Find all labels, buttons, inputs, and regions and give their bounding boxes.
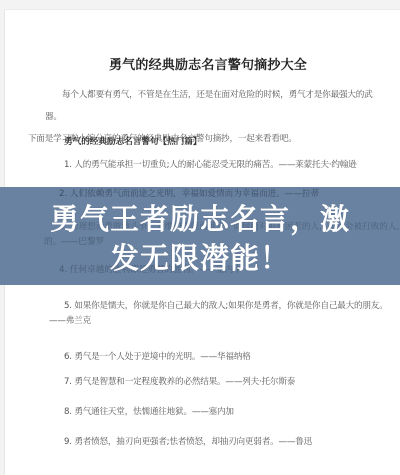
quote-item-2: 2. 人们依赖勇气而前途之光明，幸福如爱情而为幸福而进。——拉蒂	[59, 187, 319, 199]
quote-item-6: 6. 勇气是一个人处于逆境中的光明。——华福纳格	[64, 350, 251, 362]
quote-item-1: 1. 人的勇气能承担一切重负;人的耐心能忍受无限的痛苦。——莱蒙托夫·约翰逊	[64, 158, 357, 170]
headline-text: 勇气王者励志名言，激 发无限潜能！	[0, 200, 400, 278]
quote-item-9: 9. 勇者愤怒，抽刃向更强者;怯者愤怒，却抽刃向更弱者。——鲁迅	[64, 435, 312, 447]
headline-line-1: 勇气王者励志名言，激	[0, 200, 400, 239]
document-title: 勇气的经典励志名言警句摘抄大全	[5, 54, 400, 73]
quote-item-8: 8. 勇气通往天堂，怯懦通往地狱。——塞内加	[64, 405, 234, 417]
headline-banner: 2. 人们依赖勇气而前途之光明，幸福如爱情而为幸福而进。——拉蒂 3. 为理想而…	[0, 187, 400, 285]
quote-item-5-continued: ——弗兰克	[49, 314, 91, 326]
headline-line-2: 发无限潜能！	[0, 239, 400, 278]
quote-item-7: 7. 勇气是智慧和一定程度教养的必然结果。——列夫·托尔斯泰	[64, 375, 295, 387]
intro-line-1: 每个人都要有勇气，不管是在生活，还是在面对危险的时候，勇气才是你最强大的武器。	[45, 84, 375, 128]
quote-item-5: 5. 如果你是懦夫，你就是你自己最大的敌人;如果你是勇者，你就是你自己最大的朋友…	[64, 299, 388, 311]
section-heading: 勇气的经典励志名言警句【热门篇】	[64, 135, 202, 147]
